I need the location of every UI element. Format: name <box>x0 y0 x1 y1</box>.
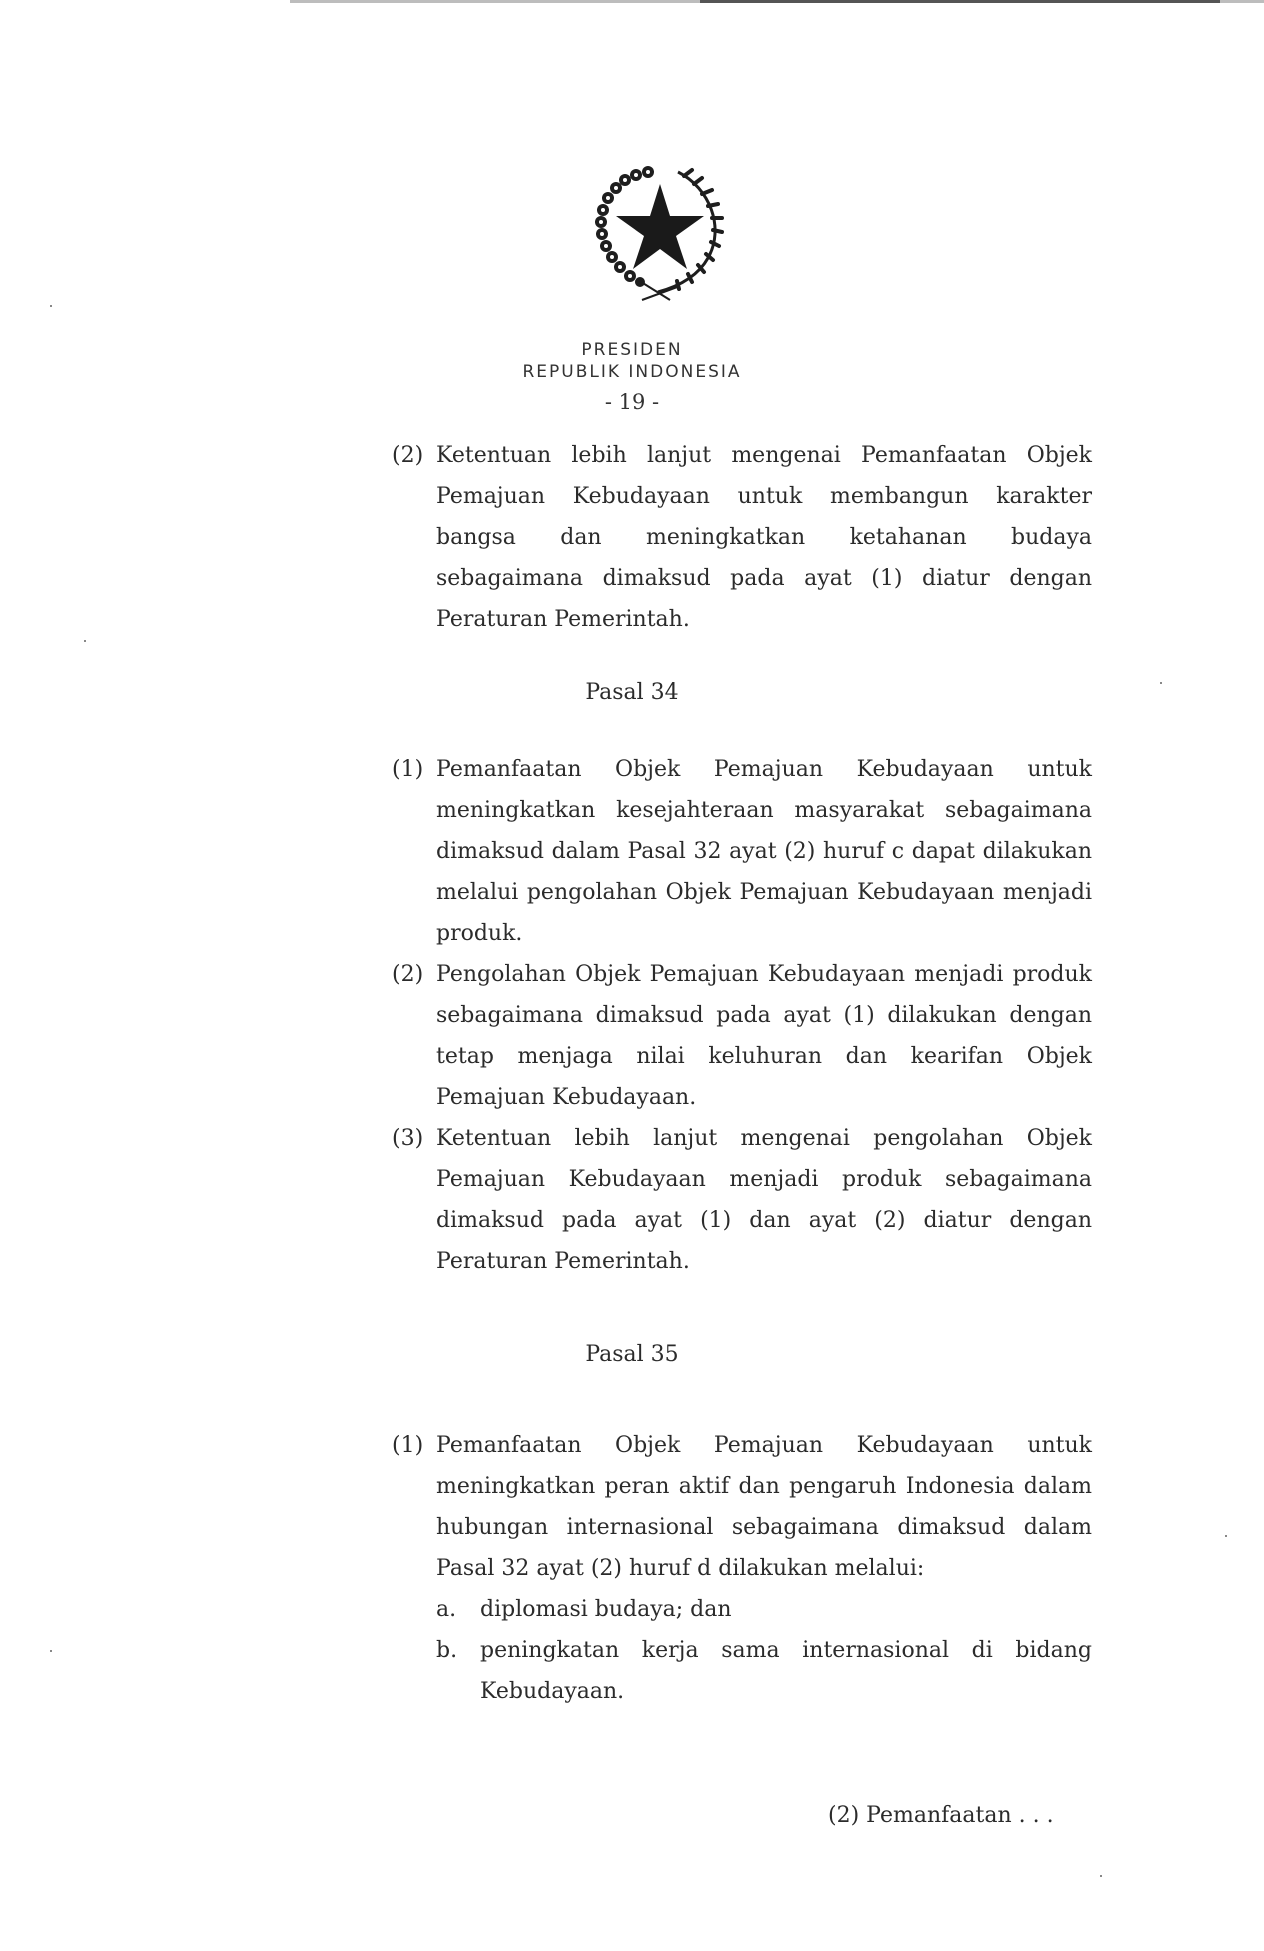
sub-item-label: b. <box>436 1630 480 1712</box>
header-title: PRESIDEN <box>0 340 1264 360</box>
continuation-paragraph: (2) Ketentuan lebih lanjut mengenai Pema… <box>392 435 1092 640</box>
item-text: Ketentuan lebih lanjut mengenai Pemanfaa… <box>436 435 1092 640</box>
item-number: (2) <box>392 954 436 1118</box>
next-page-catchword: (2) Pemanfaatan . . . <box>828 1803 1054 1828</box>
sub-item-text: peningkatan kerja sama internasional di … <box>480 1630 1092 1712</box>
sub-item: a. diplomasi budaya; dan <box>436 1589 1092 1630</box>
pasal-34-item: (3) Ketentuan lebih lanjut mengenai peng… <box>392 1118 1092 1282</box>
sub-item: b. peningkatan kerja sama internasional … <box>436 1630 1092 1712</box>
scan-speck <box>1100 1875 1102 1877</box>
scan-edge-top-dark <box>700 0 1220 3</box>
scan-speck <box>84 640 86 642</box>
pasal-35-body: (1) Pemanfaatan Objek Pemajuan Kebudayaa… <box>392 1425 1092 1712</box>
item-number: (2) <box>392 435 436 640</box>
pasal-34-item: (2) Pengolahan Objek Pemajuan Kebudayaan… <box>392 954 1092 1118</box>
pasal-34-heading: Pasal 34 <box>0 680 1264 705</box>
scan-speck <box>50 1650 52 1652</box>
item-number: (3) <box>392 1118 436 1282</box>
sub-item-text: diplomasi budaya; dan <box>480 1589 1092 1630</box>
presidential-star-emblem-icon <box>580 158 740 308</box>
page-number: - 19 - <box>0 390 1264 414</box>
scan-speck <box>50 305 52 307</box>
item-text: Pengolahan Objek Pemajuan Kebudayaan men… <box>436 954 1092 1118</box>
scan-speck <box>1160 682 1162 684</box>
item-number: (1) <box>392 749 436 954</box>
item-number: (1) <box>392 1425 436 1712</box>
pasal-34-body: (1) Pemanfaatan Objek Pemajuan Kebudayaa… <box>392 749 1092 1282</box>
item-text: Ketentuan lebih lanjut mengenai pengolah… <box>436 1118 1092 1282</box>
pasal-34-item: (1) Pemanfaatan Objek Pemajuan Kebudayaa… <box>392 749 1092 954</box>
sub-item-label: a. <box>436 1589 480 1630</box>
pasal-35-heading: Pasal 35 <box>0 1342 1264 1367</box>
scan-speck <box>1225 1535 1227 1537</box>
header-subtitle: REPUBLIK INDONESIA <box>0 362 1264 382</box>
item-text: Pemanfaatan Objek Pemajuan Kebudayaan un… <box>436 749 1092 954</box>
item-text: Pemanfaatan Objek Pemajuan Kebudayaan un… <box>436 1425 1092 1589</box>
pasal-35-item: (1) Pemanfaatan Objek Pemajuan Kebudayaa… <box>392 1425 1092 1712</box>
